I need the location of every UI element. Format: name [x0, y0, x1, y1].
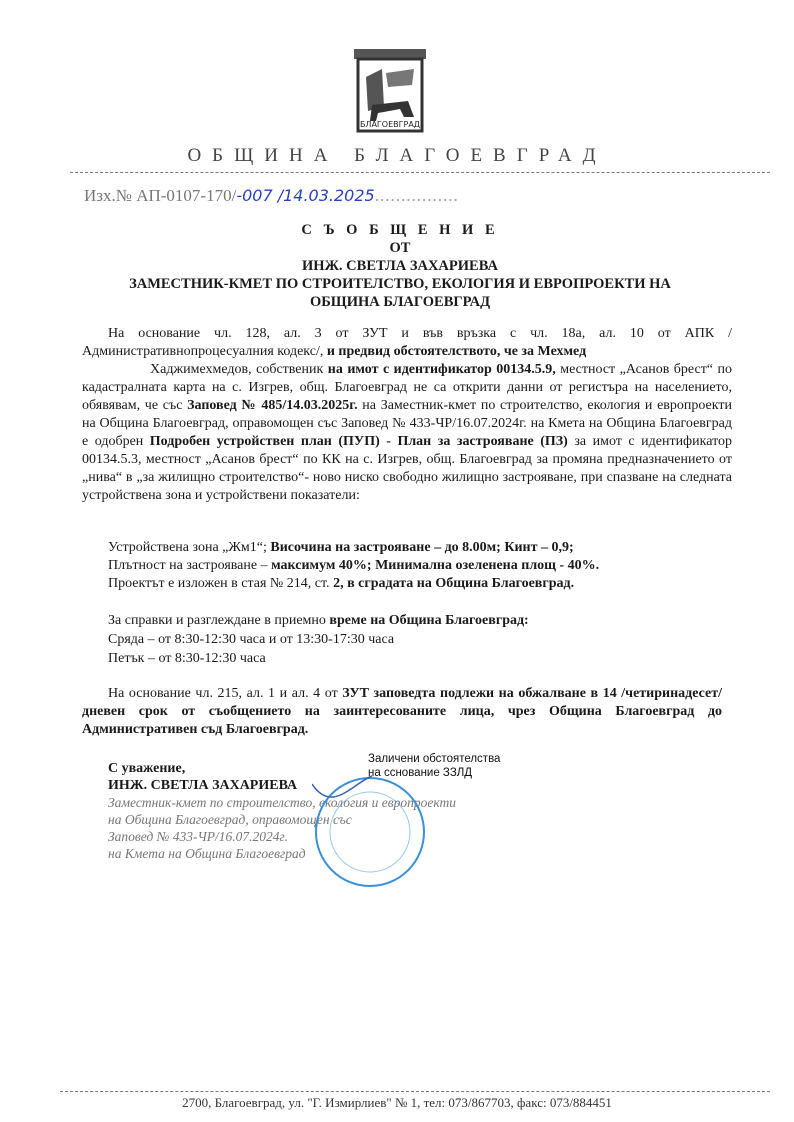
- text-bold: Височина на застрояване – до 8.00м; Кинт…: [270, 540, 573, 555]
- text: Устройствена зона „Жм1“;: [108, 540, 270, 555]
- title-notice: С Ъ О Б Щ Е Н И Е: [60, 221, 740, 239]
- handwritten-reference: -007 /14.03.2025: [236, 186, 374, 205]
- footer-address: 2700, Благоевград, ул. "Г. Измирлиев" № …: [0, 1095, 794, 1111]
- title-position: ЗАМЕСТНИК-КМЕТ ПО СТРОИТЕЛСТВО, ЕКОЛОГИЯ…: [60, 275, 740, 293]
- main-paragraph: На основание чл. 128, ал. 3 от ЗУТ и във…: [82, 325, 732, 505]
- order-number: Заповед № 485/14.03.2025г.: [187, 398, 357, 413]
- text-bold: максимум 40%; Минимална озеленена площ -…: [271, 558, 599, 573]
- title-name: ИНЖ. СВЕТЛА ЗАХАРИЕВА: [60, 257, 740, 275]
- closing: С уважение,: [108, 761, 185, 776]
- text-bold: на имот с идентификатор 00134.5.9,: [328, 362, 556, 377]
- svg-text:БЛАГОЕВГРАД: БЛАГОЕВГРАД: [360, 120, 420, 129]
- text-bold: и предвид обстоятелството, че за Мехмед: [327, 344, 586, 359]
- organization-name: ОБЩИНА БЛАГОЕВГРАД: [0, 145, 794, 167]
- indicator-line-3: Проектът е изложен в стая № 214, ст. 2, …: [108, 575, 728, 593]
- indicator-line-1: Устройствена зона „Жм1“; Височина на зас…: [108, 539, 728, 557]
- indicator-line-2: Плътност на застрояване – максимум 40%; …: [108, 557, 728, 575]
- appeal-paragraph: На основание чл. 215, ал. 1 и ал. 4 от З…: [82, 685, 722, 739]
- zoning-indicators: Устройствена зона „Жм1“; Височина на зас…: [108, 539, 728, 593]
- official-stamp: [312, 774, 428, 890]
- text: Плътност на застрояване –: [108, 558, 271, 573]
- text: Проектът е изложен в стая № 214, ст.: [108, 576, 333, 591]
- reference-number: Изх.№ АП-0107-170/-007 /14.03.2025......…: [84, 186, 459, 206]
- hours-wednesday: Сряда – от 8:30-12:30 часа и от 13:30-17…: [108, 630, 529, 649]
- title-from: ОТ: [60, 239, 740, 257]
- text: На основание чл. 215, ал. 1 и ал. 4 от: [108, 686, 342, 701]
- text: Хаджимехмедов, собственик: [150, 362, 328, 377]
- office-hours: За справки и разглеждане в приемно време…: [108, 611, 529, 668]
- text-bold: 2, в сградата на Община Благоевград.: [333, 576, 574, 591]
- hours-friday: Петък – от 8:30-12:30 часа: [108, 649, 529, 668]
- plan-name: Подробен устройствен план (ПУП) - План з…: [150, 434, 568, 449]
- hours-title: За справки и разглеждане в приемно време…: [108, 611, 529, 630]
- footer-divider: [60, 1091, 770, 1092]
- signer-name: ИНЖ. СВЕТЛА ЗАХАРИЕВА: [108, 778, 297, 793]
- notice-title: С Ъ О Б Щ Е Н И Е ОТ ИНЖ. СВЕТЛА ЗАХАРИЕ…: [60, 221, 740, 311]
- reference-prefix: Изх.№ АП-0107-170/: [84, 186, 236, 205]
- redaction-line-1: Заличени обстоятелства: [368, 752, 500, 766]
- municipality-emblem: БЛАГОЕВГРАД: [348, 47, 432, 143]
- text: За справки и разглеждане в приемно: [108, 613, 329, 628]
- reference-dots: ................: [375, 186, 459, 205]
- header-divider: [70, 172, 770, 173]
- text-bold: време на Община Благоевград:: [329, 613, 528, 628]
- title-municipality: ОБЩИНА БЛАГОЕВГРАД: [60, 293, 740, 311]
